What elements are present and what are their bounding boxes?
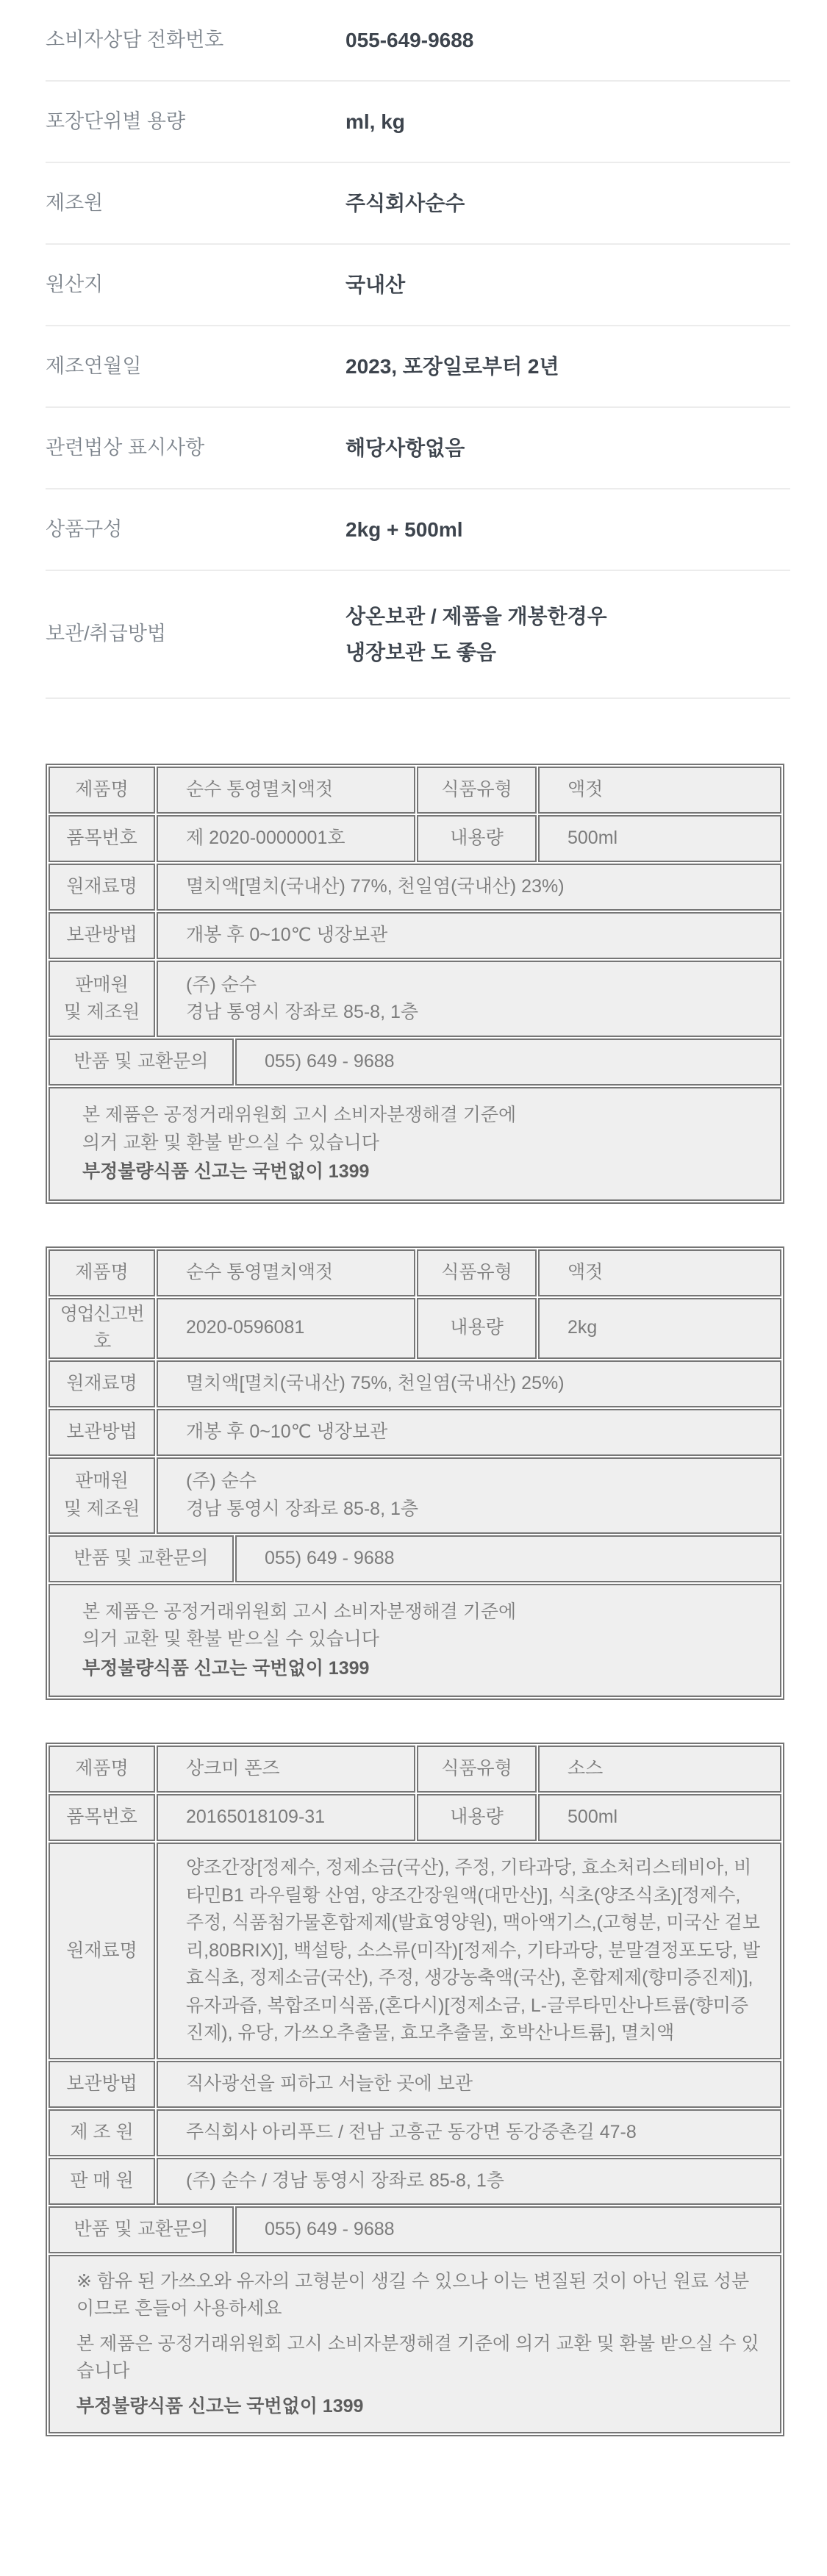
info-row-legal-notes: 관련법상 표시사항 해당사항없음 (46, 408, 790, 489)
info-row-consumer-phone: 소비자상담 전화번호 055-649-9688 (46, 0, 790, 82)
item-number-label: 품목번호 (49, 815, 155, 862)
table-row: 원재료명 멸치액[멸치(국내산) 77%, 천일염(국내산) 23%) (49, 864, 781, 911)
table-row: 보관방법 개봉 후 0~10℃ 냉장보관 (49, 912, 781, 959)
info-label: 관련법상 표시사항 (46, 434, 346, 462)
table-row: 반품 및 교환문의 055) 649 - 9688 (49, 2206, 781, 2253)
info-value: 2023, 포장일로부터 2년 (346, 348, 559, 384)
info-value: 해당사항없음 (346, 430, 465, 466)
seller-maker-label: 판매원 및 제조원 (49, 1457, 155, 1534)
info-label: 제조원 (46, 190, 346, 218)
table-row: 제품명 순수 통영멸치액젓 식품유형 액젓 (49, 1249, 781, 1296)
net-volume-value: 500ml (538, 815, 781, 862)
table-row: 반품 및 교환문의 055) 649 - 9688 (49, 1535, 781, 1582)
return-contact-label: 반품 및 교환문의 (49, 1038, 234, 1086)
net-volume-value: 2kg (538, 1298, 781, 1359)
food-type-value: 소스 (538, 1746, 781, 1793)
info-row-manufacture-date: 제조연월일 2023, 포장일로부터 2년 (46, 326, 790, 408)
info-label: 소비자상담 전화번호 (46, 26, 346, 54)
info-label: 원산지 (46, 271, 346, 299)
info-row-composition: 상품구성 2kg + 500ml (46, 489, 790, 571)
info-label: 포장단위별 용량 (46, 108, 346, 136)
shake-before-use-notice: ※ 함유 된 가쓰오와 유자의 고형분이 생길 수 있으나 이는 변질된 것이 … (76, 2268, 759, 2323)
info-row-package-volume: 포장단위별 용량 ml, kg (46, 82, 790, 163)
table-row: 제품명 순수 통영멸치액젓 식품유형 액젓 (49, 767, 781, 814)
table-row: 영업신고번호 2020-0596081 내용량 2kg (49, 1298, 781, 1359)
info-row-storage-handling: 보관/취급방법 상온보관 / 제품을 개봉한경우 냉장보관 도 좋음 (46, 571, 790, 699)
info-value: 2kg + 500ml (346, 512, 463, 548)
ingredients-value: 멸치액[멸치(국내산) 75%, 천일염(국내산) 25%) (157, 1360, 781, 1407)
food-type-label: 식품유형 (417, 1746, 537, 1793)
ingredients-label: 원재료명 (49, 1360, 155, 1407)
info-value: 주식회사순수 (346, 185, 465, 221)
info-value: 상온보관 / 제품을 개봉한경우 냉장보관 도 좋음 (346, 598, 607, 670)
table-row: 품목번호 제 2020-0000001호 내용량 500ml (49, 815, 781, 862)
table-row: 판 매 원 (주) 순수 / 경남 통영시 장좌로 85-8, 1층 (49, 2158, 781, 2205)
table-row: 본 제품은 공정거래위원회 고시 소비자분쟁해결 기준에 의거 교환 및 환불 … (49, 1087, 781, 1201)
product-name-label: 제품명 (49, 1249, 155, 1296)
food-type-label: 식품유형 (417, 767, 537, 814)
table-row: ※ 함유 된 가쓰오와 유자의 고형분이 생길 수 있으나 이는 변질된 것이 … (49, 2255, 781, 2434)
return-contact-label: 반품 및 교환문의 (49, 2206, 234, 2253)
product-name-label: 제품명 (49, 767, 155, 814)
table-row: 제품명 상크미 폰즈 식품유형 소스 (49, 1746, 781, 1793)
storage-method-label: 보관방법 (49, 912, 155, 959)
food-type-value: 액젓 (538, 767, 781, 814)
seller-label: 판 매 원 (49, 2158, 155, 2205)
storage-method-label: 보관방법 (49, 1409, 155, 1456)
table-row: 본 제품은 공정거래위원회 고시 소비자분쟁해결 기준에 의거 교환 및 환불 … (49, 1584, 781, 1698)
product-table-anchovy-2kg: 제품명 순수 통영멸치액젓 식품유형 액젓 영업신고번호 2020-059608… (46, 1246, 784, 1701)
report-hotline-notice: 부정불량식품 신고는 국번없이 1399 (82, 1158, 758, 1186)
product-name-value: 순수 통영멸치액젓 (157, 1249, 415, 1296)
bottom-whitespace (0, 2436, 827, 2576)
product-info-section: 소비자상담 전화번호 055-649-9688 포장단위별 용량 ml, kg … (46, 0, 790, 699)
info-value: ml, kg (346, 104, 405, 140)
storage-method-value: 개봉 후 0~10℃ 냉장보관 (157, 1409, 781, 1456)
business-report-number-value: 2020-0596081 (157, 1298, 415, 1359)
info-label: 제조연월일 (46, 353, 346, 381)
exchange-refund-notice: 본 제품은 공정거래위원회 고시 소비자분쟁해결 기준에 의거 교환 및 환불 … (82, 1102, 758, 1157)
ingredients-label: 원재료명 (49, 1843, 155, 2059)
maker-label: 제 조 원 (49, 2109, 155, 2156)
net-volume-value: 500ml (538, 1794, 781, 1841)
table-row: 원재료명 양조간장[정제수, 정제소금(국산), 주정, 기타과당, 효소처리스… (49, 1843, 781, 2059)
table-row: 제 조 원 주식회사 아리푸드 / 전남 고흥군 동강면 동강중촌길 47-8 (49, 2109, 781, 2156)
storage-method-value: 개봉 후 0~10℃ 냉장보관 (157, 912, 781, 959)
item-number-value: 20165018109-31 (157, 1794, 415, 1841)
product-name-label: 제품명 (49, 1746, 155, 1793)
product-table-ponzu: 제품명 상크미 폰즈 식품유형 소스 품목번호 20165018109-31 내… (46, 1743, 784, 2436)
info-label: 상품구성 (46, 516, 346, 544)
ingredients-value: 멸치액[멸치(국내산) 77%, 천일염(국내산) 23%) (157, 864, 781, 911)
item-number-value: 제 2020-0000001호 (157, 815, 415, 862)
product-name-value: 순수 통영멸치액젓 (157, 767, 415, 814)
table-row: 반품 및 교환문의 055) 649 - 9688 (49, 1038, 781, 1086)
return-contact-value: 055) 649 - 9688 (235, 1038, 781, 1086)
business-report-number-label: 영업신고번호 (49, 1298, 155, 1359)
seller-maker-value: (주) 순수 경남 통영시 장좌로 85-8, 1층 (157, 1457, 781, 1534)
info-row-origin: 원산지 국내산 (46, 245, 790, 326)
table-row: 원재료명 멸치액[멸치(국내산) 75%, 천일염(국내산) 25%) (49, 1360, 781, 1407)
table-footer-notice: ※ 함유 된 가쓰오와 유자의 고형분이 생길 수 있으나 이는 변질된 것이 … (49, 2255, 781, 2434)
info-value: 055-649-9688 (346, 22, 473, 58)
table-row: 판매원 및 제조원 (주) 순수 경남 통영시 장좌로 85-8, 1층 (49, 961, 781, 1037)
maker-value: 주식회사 아리푸드 / 전남 고흥군 동강면 동강중촌길 47-8 (157, 2109, 781, 2156)
report-hotline-notice: 부정불량식품 신고는 국번없이 1399 (82, 1655, 758, 1683)
exchange-refund-notice: 본 제품은 공정거래위원회 고시 소비자분쟁해결 기준에 의거 교환 및 환불 … (76, 2331, 759, 2386)
storage-method-label: 보관방법 (49, 2061, 155, 2108)
info-value: 국내산 (346, 267, 405, 303)
net-volume-label: 내용량 (417, 1794, 537, 1841)
exchange-refund-notice: 본 제품은 공정거래위원회 고시 소비자분쟁해결 기준에 의거 교환 및 환불 … (82, 1599, 758, 1654)
food-type-label: 식품유형 (417, 1249, 537, 1296)
net-volume-label: 내용량 (417, 1298, 537, 1359)
table-row: 보관방법 개봉 후 0~10℃ 냉장보관 (49, 1409, 781, 1456)
table-row: 보관방법 직사광선을 피하고 서늘한 곳에 보관 (49, 2061, 781, 2108)
table-footer-notice: 본 제품은 공정거래위원회 고시 소비자분쟁해결 기준에 의거 교환 및 환불 … (49, 1087, 781, 1201)
return-contact-value: 055) 649 - 9688 (235, 1535, 781, 1582)
product-table-anchovy-500ml: 제품명 순수 통영멸치액젓 식품유형 액젓 품목번호 제 2020-000000… (46, 764, 784, 1204)
product-name-value: 상크미 폰즈 (157, 1746, 415, 1793)
storage-method-value: 직사광선을 피하고 서늘한 곳에 보관 (157, 2061, 781, 2108)
seller-value: (주) 순수 / 경남 통영시 장좌로 85-8, 1층 (157, 2158, 781, 2205)
return-contact-value: 055) 649 - 9688 (235, 2206, 781, 2253)
table-footer-notice: 본 제품은 공정거래위원회 고시 소비자분쟁해결 기준에 의거 교환 및 환불 … (49, 1584, 781, 1698)
ingredients-value: 양조간장[정제수, 정제소금(국산), 주정, 기타과당, 효소처리스테비아, … (157, 1843, 781, 2059)
item-number-label: 품목번호 (49, 1794, 155, 1841)
ingredients-label: 원재료명 (49, 864, 155, 911)
food-type-value: 액젓 (538, 1249, 781, 1296)
return-contact-label: 반품 및 교환문의 (49, 1535, 234, 1582)
info-row-manufacturer: 제조원 주식회사순수 (46, 163, 790, 245)
table-row: 판매원 및 제조원 (주) 순수 경남 통영시 장좌로 85-8, 1층 (49, 1457, 781, 1534)
net-volume-label: 내용량 (417, 815, 537, 862)
seller-maker-label: 판매원 및 제조원 (49, 961, 155, 1037)
report-hotline-notice: 부정불량식품 신고는 국번없이 1399 (76, 2393, 759, 2421)
table-row: 품목번호 20165018109-31 내용량 500ml (49, 1794, 781, 1841)
info-label: 보관/취급방법 (46, 620, 346, 648)
seller-maker-value: (주) 순수 경남 통영시 장좌로 85-8, 1층 (157, 961, 781, 1037)
